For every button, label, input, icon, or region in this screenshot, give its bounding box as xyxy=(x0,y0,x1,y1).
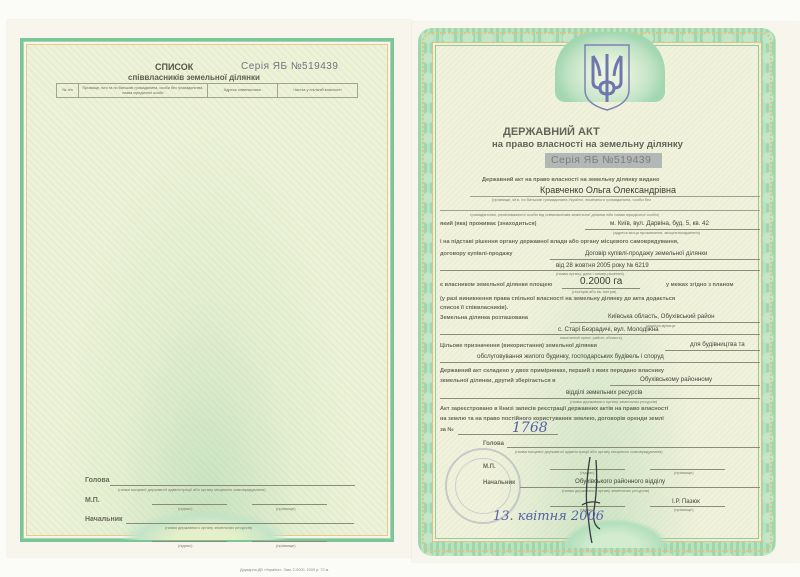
purpose-value-1: для будівництва та xyxy=(690,341,745,348)
right-seal-label: М.П. xyxy=(483,464,496,470)
left-surname-hint-1: (прізвище) xyxy=(276,506,296,511)
left-seal-label: М.П. xyxy=(85,497,100,504)
contract-date: від 28 жовтня 2005 року № 6219 xyxy=(556,262,649,269)
right-chief-label: Начальник xyxy=(483,480,515,486)
purpose-label: Цільове призначення (використання) земел… xyxy=(440,343,597,349)
left-surname-line-1 xyxy=(252,504,327,505)
list-series-number: Серія ЯБ №519439 xyxy=(241,61,338,72)
handwritten-date: 13. квітня 2006 xyxy=(493,509,604,524)
left-head-label: Голова xyxy=(85,477,109,484)
handwritten-signature-icon xyxy=(570,455,610,545)
issued-text: Державний акт на право власності на земе… xyxy=(482,177,659,183)
act-series-number: Серія ЯБ №519439 xyxy=(551,154,651,166)
left-signature-hint-1: (підпис) xyxy=(178,506,192,511)
register-text-1: Акт зареєстровано в Книзі записів реєстр… xyxy=(440,406,668,412)
right-chief-surname: І.Р. Пазюк xyxy=(672,498,700,505)
location-value-1: Київська область, Обухівський район xyxy=(608,313,715,320)
coowners-table-header: № п/п Прізвище, ім'я та по батькові гром… xyxy=(56,83,358,98)
owner-hint-1: (прізвище, ім'я, по батькові громадянина… xyxy=(492,197,651,202)
column-header-name: Прізвище, ім'я та по батькові громадянин… xyxy=(79,84,207,97)
register-label: за № xyxy=(440,427,454,433)
register-number-handwritten: 1768 xyxy=(512,420,548,436)
column-header-number: № п/п xyxy=(57,84,79,97)
area-hint: (гектарів або кв. метрів) xyxy=(572,289,616,294)
residence-value: м. Київ, вул. Дарвіна, буд. 5, кв. 42 xyxy=(610,220,709,227)
left-surname-line-2 xyxy=(252,541,327,542)
left-head-line xyxy=(110,485,355,486)
purpose-line-1 xyxy=(665,350,760,351)
basis-text: і на підставі рішення органу державної в… xyxy=(440,239,679,245)
copies-text-1: Державний акт складено у двох примірника… xyxy=(440,368,664,374)
act-subtitle: на право власності на земельну ділянку xyxy=(492,139,683,150)
left-signature-hint-2: (підпис) xyxy=(178,543,192,548)
location-label: Земельна ділянка розташована xyxy=(440,315,528,321)
owner-hint-2: громадянства, уповноваженої особи від сп… xyxy=(470,212,659,217)
left-signature-line-1 xyxy=(152,504,227,505)
left-surname-hint-2: (прізвище) xyxy=(276,543,296,548)
column-header-address: Адреса співвласника xyxy=(208,84,278,97)
owner-extra-line xyxy=(440,210,760,211)
list-title: СПИСОК xyxy=(155,62,193,72)
area-label-post: у межах згідно з планом xyxy=(666,282,733,288)
left-chief-line xyxy=(126,523,354,524)
right-surname-hint-1: (прізвище) xyxy=(674,470,694,475)
coowner-note-1: (у разі виникнення права спільної власно… xyxy=(440,296,675,302)
column-header-share: Частка у спільній власності xyxy=(278,84,357,97)
trident-coat-of-arms-icon xyxy=(582,42,632,112)
copies-value-1: Обухівському районному xyxy=(640,376,712,383)
contract-value: Договір купівлі-продажу земельної ділянк… xyxy=(585,250,707,257)
right-head-line xyxy=(507,447,760,448)
left-head-hint: (назва місцевої державної адміністрації … xyxy=(118,487,266,492)
owner-name: Кравченко Ольга Олександрівна xyxy=(540,185,676,195)
printer-note: Друкарня ДВ «Україна». Зам. 2-0000. 2000… xyxy=(240,568,329,572)
left-page-guilloche-background xyxy=(26,44,388,536)
copies-value-2: відділі земельних ресурсів xyxy=(566,389,642,396)
area-value: 0.2000 га xyxy=(580,276,622,287)
right-head-hint: (назва місцевої державної адміністрації … xyxy=(515,449,663,454)
left-signature-line-2 xyxy=(152,541,227,542)
copies-hint: (назва державного органу земельних ресур… xyxy=(570,399,657,404)
area-label-pre: є власником земельної ділянки площею xyxy=(440,282,552,288)
left-chief-hint: (назва державного органу земельних ресур… xyxy=(165,525,252,530)
purpose-line-2 xyxy=(440,362,760,363)
list-subtitle: співвласників земельної ділянки xyxy=(128,73,260,82)
location-value-2: с. Старі Безрадичі, вул. Молодіжна xyxy=(558,326,659,333)
purpose-value-2: обслуговування жилого будинку, господарс… xyxy=(477,353,664,360)
copies-line-1 xyxy=(610,385,760,386)
right-surname-hint-2: (прізвище) xyxy=(674,507,694,512)
residence-hint: (адреса місця проживання, місцезнаходжен… xyxy=(613,230,700,235)
contract-line xyxy=(550,259,760,260)
left-chief-label: Начальник xyxy=(85,516,123,523)
register-text-2: на землю та на право постійного користув… xyxy=(440,416,664,422)
right-head-label: Голова xyxy=(483,441,504,447)
act-title: ДЕРЖАВНИЙ АКТ xyxy=(503,126,600,138)
contract-label: договору купівлі-продажу xyxy=(440,251,513,257)
coowner-note-2: список її співвласників). xyxy=(440,305,508,311)
copies-text-2: земельної ділянки, другий зберігається в xyxy=(440,378,556,384)
location-hint-2: населений пункт, район, область) xyxy=(560,335,622,340)
residence-label: який (яка) проживає (знаходиться) xyxy=(440,221,536,227)
